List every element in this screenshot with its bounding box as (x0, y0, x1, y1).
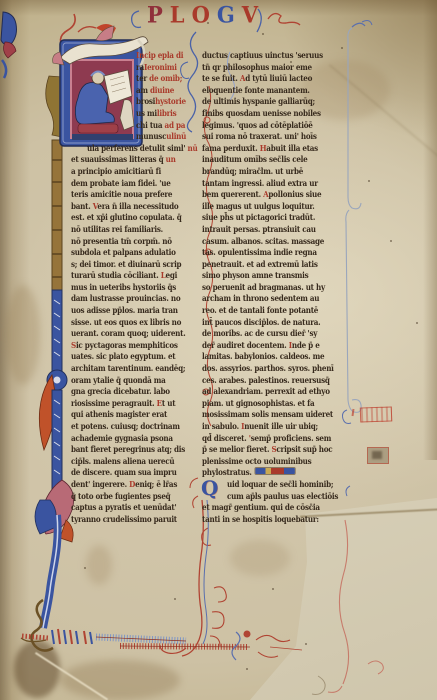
manuscript-text-line: plenissime octo uoluminibus (202, 456, 359, 468)
text-segment: et potens. cuiusq; doctrinam (71, 421, 180, 431)
text-segment: uerant. coram quoq; uiderent. (71, 328, 185, 338)
manuscript-text-line: cum ap̄ls paulus uas electiōis (227, 491, 384, 503)
manuscript-text-line: inauditum omībs sec̄lis cele (202, 154, 359, 166)
text-segment: eniq; ē lr̄as (135, 479, 177, 489)
manuscript-text-line: a principio amicitiarū fi (71, 166, 224, 178)
speck (174, 598, 176, 600)
running-title-letter: V (242, 1, 265, 27)
text-segment: am (136, 85, 150, 95)
manuscript-text-line: siue ph̄s ut pictagorici tradūt. (202, 212, 359, 224)
text-segment: p̄ se melior fieret. (202, 444, 271, 454)
text-segment: de discere. quam sua impru (71, 467, 177, 477)
text-segment: ulinū (166, 131, 186, 141)
manuscript-text-line: p̄ se melior fieret. Scripsit sup̄ hoc (202, 444, 359, 456)
manuscript-text-line: reo. et de tantali fonte potantē (202, 305, 359, 317)
text-segment: dem probate iam fidei. 'ue (71, 178, 171, 188)
manuscript-text-line: oram ytalie q̄ quondā ma (71, 375, 224, 387)
text-segment: chi tua (136, 120, 165, 130)
text-segment: sui roma nō traxerat. uniꞌ hoīs (202, 131, 317, 141)
text-segment: nuenit ille uir ubiq; (244, 421, 318, 431)
text-segment: tanti in se hospitis loquebatur: (202, 514, 319, 524)
manuscript-text-line: gna grecia dicebatur. labo (71, 386, 224, 398)
text-segment: ille magus ut uulgus loquitur. (202, 201, 315, 211)
text-segment: cip̄ls. malens aliena uerecū (71, 456, 174, 466)
manuscript-text-line: nō presentia tm̄ corpm̄. nō (71, 236, 224, 248)
text-segment: Incip epla di (136, 50, 183, 60)
text-segment: de ultimis hyspanie galliarūq; (202, 96, 315, 106)
text-segment: munusc (136, 131, 166, 141)
text-segment: a principio amicitiarū fi (71, 166, 161, 176)
text-segment: mosissimam solis mensam uideret (202, 409, 333, 419)
left-text-column: Incip epla diraIeronimiter de omib;am di… (71, 50, 219, 525)
text-segment: pollonius siue (268, 189, 321, 199)
parchment-stain (86, 545, 112, 585)
text-segment: bant. (71, 201, 93, 211)
text-segment: ula perferens detulit siml' (87, 143, 185, 153)
text-segment: architam tarentinum. eandēq; (71, 363, 185, 373)
text-segment: in sabulo. (202, 421, 241, 431)
speck (305, 643, 307, 645)
manuscript-text-line: ille magus ut uulgus loquitur. (202, 201, 359, 213)
manuscript-text-line: tyranno crudelissimo paruit (71, 514, 224, 526)
manuscript-text-line: architam tarentinum. eandēq; (71, 363, 224, 375)
manuscript-text-line: et suauissimas litteras q̄ un (71, 154, 224, 166)
text-segment: archam in throno sedentem au (202, 293, 319, 303)
text-segment: tn̄ qr philosophus maior eme (202, 62, 312, 72)
manuscript-text-line: penetrauit. et ad extremū latis (202, 259, 359, 271)
manuscript-text-line: uerant. coram quoq; uiderent. (71, 328, 224, 340)
text-segment: phylostratus. (202, 467, 252, 477)
text-segment: era n̄ illa necessitudo (97, 201, 178, 211)
speck (207, 22, 209, 24)
manuscript-text-line: achademie gygnasia psona (71, 433, 224, 445)
manuscript-text-line: so peruenit ad bragmanas. ut hy (202, 282, 359, 294)
manuscript-text-line: riosissime peragrauit. Et ut (71, 398, 224, 410)
text-segment: so peruenit ad bragmanas. ut hy (202, 282, 325, 292)
text-segment: et magr̄ gentium. qui de cōsc̄ia (202, 502, 320, 512)
text-segment: hystorie (155, 96, 186, 106)
manuscript-text-line: cip̄ls. malens aliena uerecū (71, 456, 224, 468)
text-segment: riosissime peragrauit. (71, 398, 157, 408)
text-segment: cum ap̄ls paulus uas electiōis (227, 491, 338, 501)
manuscript-text-line: tn̄ qr philosophus maior eme (202, 62, 359, 74)
text-segment: dam lustrasse prouincias. no (71, 293, 180, 303)
manuscript-text-line: Sic pyctagoras memphiticos (71, 340, 224, 352)
speck (246, 668, 248, 670)
text-segment: siue ph̄s ut pictagorici tradūt. (202, 212, 315, 222)
manuscript-text-line: int̄ paucos discip̄los. de natura. (202, 317, 359, 329)
text-segment: eloquentie fonte manantem. (202, 85, 310, 95)
right-text-column: Q ductus captiuus uinctus 'seruustn̄ qr … (202, 50, 354, 525)
manuscript-text-line: mus in ueteribs hystoriis q̄s (71, 282, 224, 294)
text-segment: der̄ audiret docentem. (202, 340, 289, 350)
speck (262, 33, 264, 35)
manuscript-text-line: tanti in se hospitis loquebatur: (202, 514, 359, 526)
manuscript-text-line: est. et xp̄i glutino copulata. q̄ (71, 212, 224, 224)
manuscript-text-line: captus a pyratis et uenūdat' (71, 502, 224, 514)
text-segment: libris (157, 108, 177, 118)
text-segment: ductus captiuus uinctus 'seruus (202, 50, 323, 60)
text-segment: subdola et palpans adulatio (71, 247, 176, 257)
parchment-stain (14, 640, 60, 698)
text-segment: achademie gygnasia psona (71, 433, 173, 443)
manuscript-text-line: te se fuit. Ad tytū liuiū lacteo (202, 73, 359, 85)
text-segment: intrauit persas. ptransiuit cau (202, 224, 316, 234)
text-segment: diuine (150, 85, 174, 95)
manuscript-text-line: uid loquar de sec̄li hominib; (227, 479, 384, 491)
text-segment: uid loquar de sec̄li hominib; (227, 479, 333, 489)
manuscript-text-line: ductus captiuus uinctus 'seruus (202, 50, 359, 62)
parchment-stain (230, 540, 290, 576)
text-segment: captus a pyratis et uenūdat' (71, 502, 176, 512)
manuscript-text-line: archam in throno sedentem au (202, 293, 359, 305)
manuscript-text-line: bant fieret peregrinus atq; dis (71, 444, 224, 456)
text-segment: et suauissimas litteras q̄ (71, 154, 163, 164)
running-title-letter: L (170, 1, 192, 27)
manuscript-text-line: uos adisse pp̄los. maria tran (71, 305, 224, 317)
text-segment: legimus. 'quos ad cōtēplatiōē (202, 120, 313, 130)
text-segment: nū (185, 143, 197, 153)
text-segment: ad pa (165, 120, 186, 130)
red-ink-stamp (367, 447, 389, 464)
speck (84, 567, 86, 569)
text-segment: tyranno crudelissimo paruit (71, 514, 177, 524)
drop-cap-initial-q: Q (201, 476, 218, 500)
running-title-letter: O (192, 1, 217, 27)
text-segment: sisse. ut eos quos ex libris no (71, 317, 181, 327)
manuscript-text-line: tantam ingressi. aliud extra ur (202, 178, 359, 190)
manuscript-text-line: casum. albanos. scitas. massage (202, 236, 359, 248)
text-segment: abuit illa etas (266, 143, 318, 153)
manuscript-text-line: qd̄ disceret. 'semp̄ proficiens. sem (202, 433, 359, 445)
text-segment: uates. sic plato egyptum. et (71, 351, 175, 361)
speck (390, 240, 392, 242)
parchment-stain (6, 285, 40, 385)
manuscript-text-line: dem probate iam fidei. 'ue (71, 178, 224, 190)
manuscript-text-line: fama perduxit. Habuit illa etas (202, 143, 359, 155)
running-title: PLOGV (147, 2, 265, 32)
text-segment: lamitas. babylonios. caldeos. me (202, 351, 324, 361)
text-segment: uos adisse pp̄los. maria tran (71, 305, 178, 315)
text-segment: de moribs. ac de cursu dier̄ 'sy (202, 328, 317, 338)
speck (341, 47, 343, 49)
running-title-letter: P (147, 1, 170, 27)
manuscript-text-line: teris amicitie noua prefere (71, 189, 224, 201)
line-filler-ornament (255, 468, 295, 474)
manuscript-text-line: de ultimis hyspanie galliarūq; (202, 96, 359, 108)
speck (300, 55, 302, 57)
manuscript-text-line: phylostratus. (202, 467, 359, 479)
manuscript-text-line: der̄ audiret docentem. Inde p̄ e (202, 340, 359, 352)
text-segment: qd̄ disceret. (202, 433, 249, 443)
text-segment: t ut (162, 398, 175, 408)
text-segment: simo physon amne transmis (202, 270, 308, 280)
text-segment: bem quererent. (202, 189, 263, 199)
manuscript-text-line: uates. sic plato egyptum. et (71, 351, 224, 363)
text-segment: ad alexandriam. perrexit ad ethyo (202, 386, 330, 396)
manuscript-text-line: sui roma nō traxerat. uniꞌ hoīs (202, 131, 359, 143)
manuscript-page: PLOGV Incip epla diraIeronimiter de omib… (0, 0, 437, 700)
manuscript-text-line: brandūq; mirac̄lm. ut urbē (202, 166, 359, 178)
text-segment: dent' ingerere. (71, 479, 129, 489)
speck (272, 588, 274, 590)
text-segment: cripsit sup̄ hoc (276, 444, 332, 454)
manuscript-text-line: s; dei timor. et diuinarū scrip (71, 259, 224, 271)
page-right-edge-shadow (423, 0, 437, 460)
speck (368, 180, 370, 182)
text-segment: inauditum omībs sec̄lis cele (202, 154, 307, 164)
text-segment: ic pyctagoras memphiticos (76, 340, 178, 350)
text-segment: int̄ paucos discip̄los. de natura. (202, 317, 320, 327)
text-segment: Ieronimi (144, 62, 177, 72)
text-segment: s; dei timor. et diuinarū scrip (71, 259, 181, 269)
manuscript-text-line: qui athenis magister erat (71, 409, 224, 421)
manuscript-text-line: eloquentie fonte manantem. (202, 85, 359, 97)
text-segment: te se fuit. (202, 73, 240, 83)
text-segment: penetrauit. et ad extremū latis (202, 259, 318, 269)
text-segment: nō utilitas rei familiaris. (71, 224, 163, 234)
manuscript-text-line: dos. assyrios. parthos. syros. phenī (202, 363, 359, 375)
text-segment: piam. ut gignosophistas. et fa (202, 398, 314, 408)
manuscript-text-line: piam. ut gignosophistas. et fa (202, 398, 359, 410)
manuscript-text-line: sisse. ut eos quos ex libris no (71, 317, 224, 329)
text-segment: turarū studia cōciliant. (71, 270, 161, 280)
text-segment: casum. albanos. scitas. massage (202, 236, 324, 246)
text-segment: teris amicitie noua prefere (71, 189, 172, 199)
red-ink-stamp (360, 406, 393, 422)
manuscript-text-line: legimus. 'quos ad cōtēplatiōē (202, 120, 359, 132)
manuscript-text-line: ces. arabes. palestinos. reuersusq̄ (202, 375, 359, 387)
manuscript-text-line: lamitas. babylonios. caldeos. me (202, 351, 359, 363)
manuscript-text-line: subdola et palpans adulatio (71, 247, 224, 259)
text-segment: oram ytalie q̄ quondā ma (71, 375, 166, 385)
text-segment: gna grecia dicebatur. labo (71, 386, 170, 396)
text-segment: q̄ toto orbe fugientes pseq̄ (71, 491, 170, 501)
manuscript-text-line: mosissimam solis mensam uideret (202, 409, 359, 421)
text-segment: de omib; (149, 73, 182, 83)
manuscript-text-line: in sabulo. Inuenit ille uir ubiq; (202, 421, 359, 433)
text-segment: brosi (136, 96, 155, 106)
text-segment: mus in ueteribs hystoriis q̄s (71, 282, 176, 292)
running-title-letter: G (217, 1, 242, 27)
manuscript-text-line: nō utilitas rei familiaris. (71, 224, 224, 236)
manuscript-text-line: intrauit persas. ptransiuit cau (202, 224, 359, 236)
text-segment: bant fieret peregrinus atq; dis (71, 444, 185, 454)
manuscript-text-line: tas. opulentissima indie regna (202, 247, 359, 259)
bottom-feather-band (22, 629, 302, 660)
text-segment: tas. opulentissima indie regna (202, 247, 317, 257)
text-segment: qui athenis magister erat (71, 409, 167, 419)
manuscript-text-line: bem quererent. Apollonius siue (202, 189, 359, 201)
text-segment: dos. assyrios. parthos. syros. phenī (202, 363, 334, 373)
text-segment: est. et xp̄i glutino copulata. q̄ (71, 212, 182, 222)
text-segment: nde p̄ e (292, 340, 320, 350)
text-segment: us mi (136, 108, 157, 118)
manuscript-text-line: et potens. cuiusq; doctrinam (71, 421, 224, 433)
text-segment: brandūq; mirac̄lm. ut urbē (202, 166, 303, 176)
text-segment: d tytū liuiū lacteo (245, 73, 312, 83)
text-segment: tantam ingressi. aliud extra ur (202, 178, 318, 188)
text-segment: nō presentia tm̄ corpm̄. nō (71, 236, 172, 246)
manuscript-text-line: bant. Vera n̄ illa necessitudo (71, 201, 224, 213)
text-segment: plenissime octo uoluminibus (202, 456, 311, 466)
text-segment: reo. et de tantali fonte potantē (202, 305, 318, 315)
text-segment: finibs quosdam uenisse nobiles (202, 108, 321, 118)
manuscript-text-line: finibs quosdam uenisse nobiles (202, 108, 359, 120)
manuscript-text-line: et magr̄ gentium. qui de cōsc̄ia (202, 502, 359, 514)
manuscript-text-line: simo physon amne transmis (202, 270, 359, 282)
manuscript-text-line: turarū studia cōciliant. Legi (71, 270, 224, 282)
manuscript-text-line: de moribs. ac de cursu dier̄ 'sy (202, 328, 359, 340)
text-segment: un (163, 154, 175, 164)
text-segment: fama perduxit. (202, 143, 260, 153)
text-segment: ter (136, 73, 149, 83)
text-segment: egi (166, 270, 178, 280)
manuscript-text-line: ad alexandriam. perrexit ad ethyo (202, 386, 359, 398)
text-segment: semp̄ proficiens. sem (251, 433, 331, 443)
text-segment: ces. arabes. palestinos. reuersusq̄ (202, 375, 330, 385)
manuscript-text-line: dam lustrasse prouincias. no (71, 293, 224, 305)
speck (416, 322, 418, 324)
speck (290, 61, 292, 63)
